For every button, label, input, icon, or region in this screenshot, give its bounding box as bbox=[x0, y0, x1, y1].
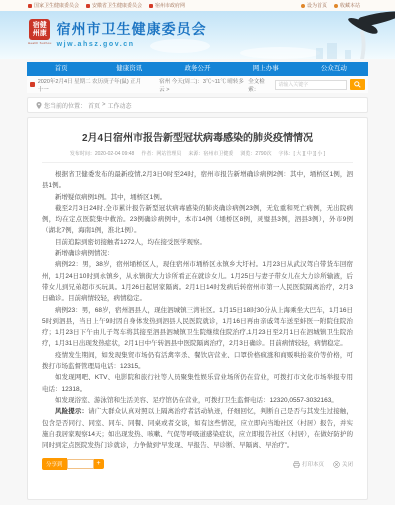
risk-text: 请广大群众认真对照以上隔离治疗者活动轨迹，仔细回忆，判断自己是否与其发生过接触，… bbox=[42, 408, 353, 449]
skyline-decoration bbox=[327, 43, 337, 59]
paragraph-risk-notice: 风险提示：请广大群众认真对照以上隔离治疗者活动轨迹，仔细回忆，判断自己是否与其发… bbox=[42, 406, 353, 451]
paragraph-hotline-12318: 如发现网吧、KTV、电影院和旅行社等人员聚集性娱乐营业场所仍在营业，可拨打市文化… bbox=[42, 372, 353, 395]
main-nav: 首页 健康资讯 政务公开 网上办事 公众互动 bbox=[27, 62, 368, 76]
breadcrumb-current-link[interactable]: 工作动态 bbox=[108, 101, 132, 110]
print-label: 打印本页 bbox=[302, 460, 324, 468]
article-footer: 分享到 + 打印本页 关闭 bbox=[42, 458, 353, 470]
star-icon bbox=[334, 4, 338, 8]
paragraph-case-22: 病例22：男，38岁，宿州埇桥区人，现住宿州市埇桥区永镇乡大圩村。1月23日从武… bbox=[42, 259, 353, 304]
share-more-button[interactable]: + bbox=[94, 459, 104, 469]
article-body: 根据省卫健委发布的最新疫情,2月3日0时至24时，宿州市报告新增确诊病例2例：其… bbox=[42, 169, 353, 451]
seal-caption: Health Suzhou bbox=[28, 41, 52, 45]
paragraph-hotline-12315: 疫情发生期间，如发现集贸市场仍有活禽宰杀、餐饮店营业、口罩价格疯涨和商贩哄抬菜价… bbox=[42, 350, 353, 373]
search-group: 全文检索： bbox=[248, 77, 365, 93]
cloud-decoration bbox=[240, 47, 320, 59]
gov-badge-icon bbox=[86, 4, 90, 8]
link-provincial-health-commission[interactable]: 安徽省卫生健康委员会 bbox=[86, 2, 142, 9]
share-button[interactable]: 分享到 bbox=[42, 458, 67, 470]
article-source: 来源：宿州市卫健委 bbox=[188, 150, 233, 157]
risk-label: 风险提示： bbox=[55, 408, 88, 415]
search-icon bbox=[354, 81, 361, 88]
skyline-decoration bbox=[345, 50, 351, 59]
article-title: 2月4日宿州市报告新型冠状病毒感染的肺炎疫情情况 bbox=[42, 129, 353, 144]
utility-link-label: 安徽省卫生健康委员会 bbox=[92, 2, 142, 9]
utility-link-label: 宿州市政府网 bbox=[155, 2, 185, 9]
search-input[interactable] bbox=[275, 80, 347, 90]
site-banner: 宿健 州康 Health Suzhou 宿州市卫生健康委员会 wjw.ahsz.… bbox=[0, 11, 395, 59]
search-label: 全文检索： bbox=[248, 77, 272, 93]
font-size-controls[interactable]: 字体：[ 大 ][ 中 ][ 小 ] bbox=[278, 150, 325, 157]
info-bar: 2020年2月4日 星期二 农历庚子年(鼠) 正月十一 宿州 今天(周二)：3℃… bbox=[27, 76, 368, 93]
brand-text: 宿州市卫生健康委员会 wjw.ahsz.gov.cn bbox=[57, 19, 207, 48]
article-meta: 发布时间：2020-02-04 09:48 作者：网站管理员 来源：宿州市卫健委… bbox=[42, 150, 353, 163]
set-homepage-link[interactable]: 设为首页 bbox=[301, 2, 327, 9]
article: 2月4日宿州市报告新型冠状病毒感染的肺炎疫情情况 发布时间：2020-02-04… bbox=[27, 117, 368, 500]
paragraph: 新增确诊病例情况： bbox=[42, 248, 353, 259]
paragraph-case-23: 病例23：男，68岁，宿州泗县人，现住泗城镇三湾社区。1月15日18时30分从上… bbox=[42, 305, 353, 350]
weather-link[interactable]: 宿州 今天(周二)：3℃~11℃ 晴转多云 > bbox=[159, 77, 248, 93]
seal-text-bottom: 州康 bbox=[33, 30, 47, 38]
calendar-icon bbox=[30, 82, 35, 87]
paragraph-hotline-12320: 如发现浴室、游泳馆和生活美容、足疗馆仍在营业，可拨打卫生监督电话：12320,0… bbox=[42, 395, 353, 406]
site-logo: 宿健 州康 Health Suzhou bbox=[28, 19, 52, 45]
utility-link-label: 收藏本站 bbox=[340, 2, 360, 9]
date-text: 2020年2月4日 星期二 农历庚子年(鼠) 正月十一 bbox=[38, 77, 145, 93]
breadcrumb-prefix: 您当前的位置： bbox=[44, 101, 86, 110]
link-national-health-commission[interactable]: 国家卫生健康委员会 bbox=[28, 2, 79, 9]
breadcrumb: 您当前的位置： 首页 > 工作动态 bbox=[27, 97, 368, 113]
nav-item-online-services[interactable]: 网上办事 bbox=[232, 62, 300, 76]
gov-badge-icon bbox=[28, 4, 32, 8]
skyline-decoration bbox=[316, 48, 323, 59]
view-count: 浏览：2790次 bbox=[240, 150, 271, 157]
site-title: 宿州市卫生健康委员会 bbox=[57, 19, 207, 39]
location-pin-icon bbox=[36, 102, 42, 109]
paragraph: 目前追踪到密切接触者1272人，均在接受医学观察。 bbox=[42, 237, 353, 248]
printer-icon bbox=[293, 461, 300, 468]
utility-link-label: 设为首页 bbox=[307, 2, 327, 9]
nav-item-gov-affairs[interactable]: 政务公开 bbox=[163, 62, 231, 76]
paragraph: 根据省卫健委发布的最新疫情,2月3日0时至24时，宿州市报告新增确诊病例2例：其… bbox=[42, 169, 353, 192]
share-targets-box[interactable] bbox=[67, 459, 94, 469]
page-actions: 打印本页 关闭 bbox=[293, 460, 353, 468]
search-button[interactable] bbox=[350, 79, 365, 90]
site-brand[interactable]: 宿健 州康 Health Suzhou 宿州市卫生健康委员会 wjw.ahsz.… bbox=[28, 19, 207, 48]
nav-item-health-news[interactable]: 健康资讯 bbox=[95, 62, 163, 76]
close-label: 关闭 bbox=[342, 460, 353, 468]
link-city-government[interactable]: 宿州市政府网 bbox=[149, 2, 185, 9]
breadcrumb-home-link[interactable]: 首页 bbox=[88, 101, 100, 110]
nav-item-public-interaction[interactable]: 公众互动 bbox=[300, 62, 368, 76]
bookmark-site-link[interactable]: 收藏本站 bbox=[334, 2, 360, 9]
utility-links-right: 设为首页 收藏本站 bbox=[301, 2, 367, 9]
share-widget: 分享到 + bbox=[42, 458, 104, 470]
close-icon bbox=[333, 461, 340, 468]
utility-links-left: 国家卫生健康委员会 安徽省卫生健康委员会 宿州市政府网 bbox=[28, 2, 192, 9]
article-author: 作者：网站管理员 bbox=[141, 150, 181, 157]
page: 国家卫生健康委员会 安徽省卫生健康委员会 宿州市政府网 设为首页 收藏本站 宿健… bbox=[0, 0, 395, 505]
utility-link-label: 国家卫生健康委员会 bbox=[34, 2, 79, 9]
breadcrumb-separator: > bbox=[102, 102, 106, 108]
publish-time: 发布时间：2020-02-04 09:48 bbox=[70, 150, 134, 157]
seal-icon: 宿健 州康 bbox=[29, 19, 50, 40]
home-icon bbox=[301, 4, 305, 8]
paragraph: 截至2月3日24时,全市累计报告新型冠状病毒感染的肺炎确诊病例23例，无危重和死… bbox=[42, 203, 353, 237]
nav-item-home[interactable]: 首页 bbox=[27, 62, 95, 76]
site-url: wjw.ahsz.gov.cn bbox=[57, 41, 207, 48]
close-page-link[interactable]: 关闭 bbox=[333, 460, 353, 468]
seal-text-top: 宿健 bbox=[33, 22, 47, 30]
gov-badge-icon bbox=[149, 4, 153, 8]
utility-bar: 国家卫生健康委员会 安徽省卫生健康委员会 宿州市政府网 设为首页 收藏本站 bbox=[0, 0, 395, 11]
print-page-link[interactable]: 打印本页 bbox=[293, 460, 324, 468]
paragraph: 新增疑似病例1例。其中，埇桥区1例。 bbox=[42, 192, 353, 203]
